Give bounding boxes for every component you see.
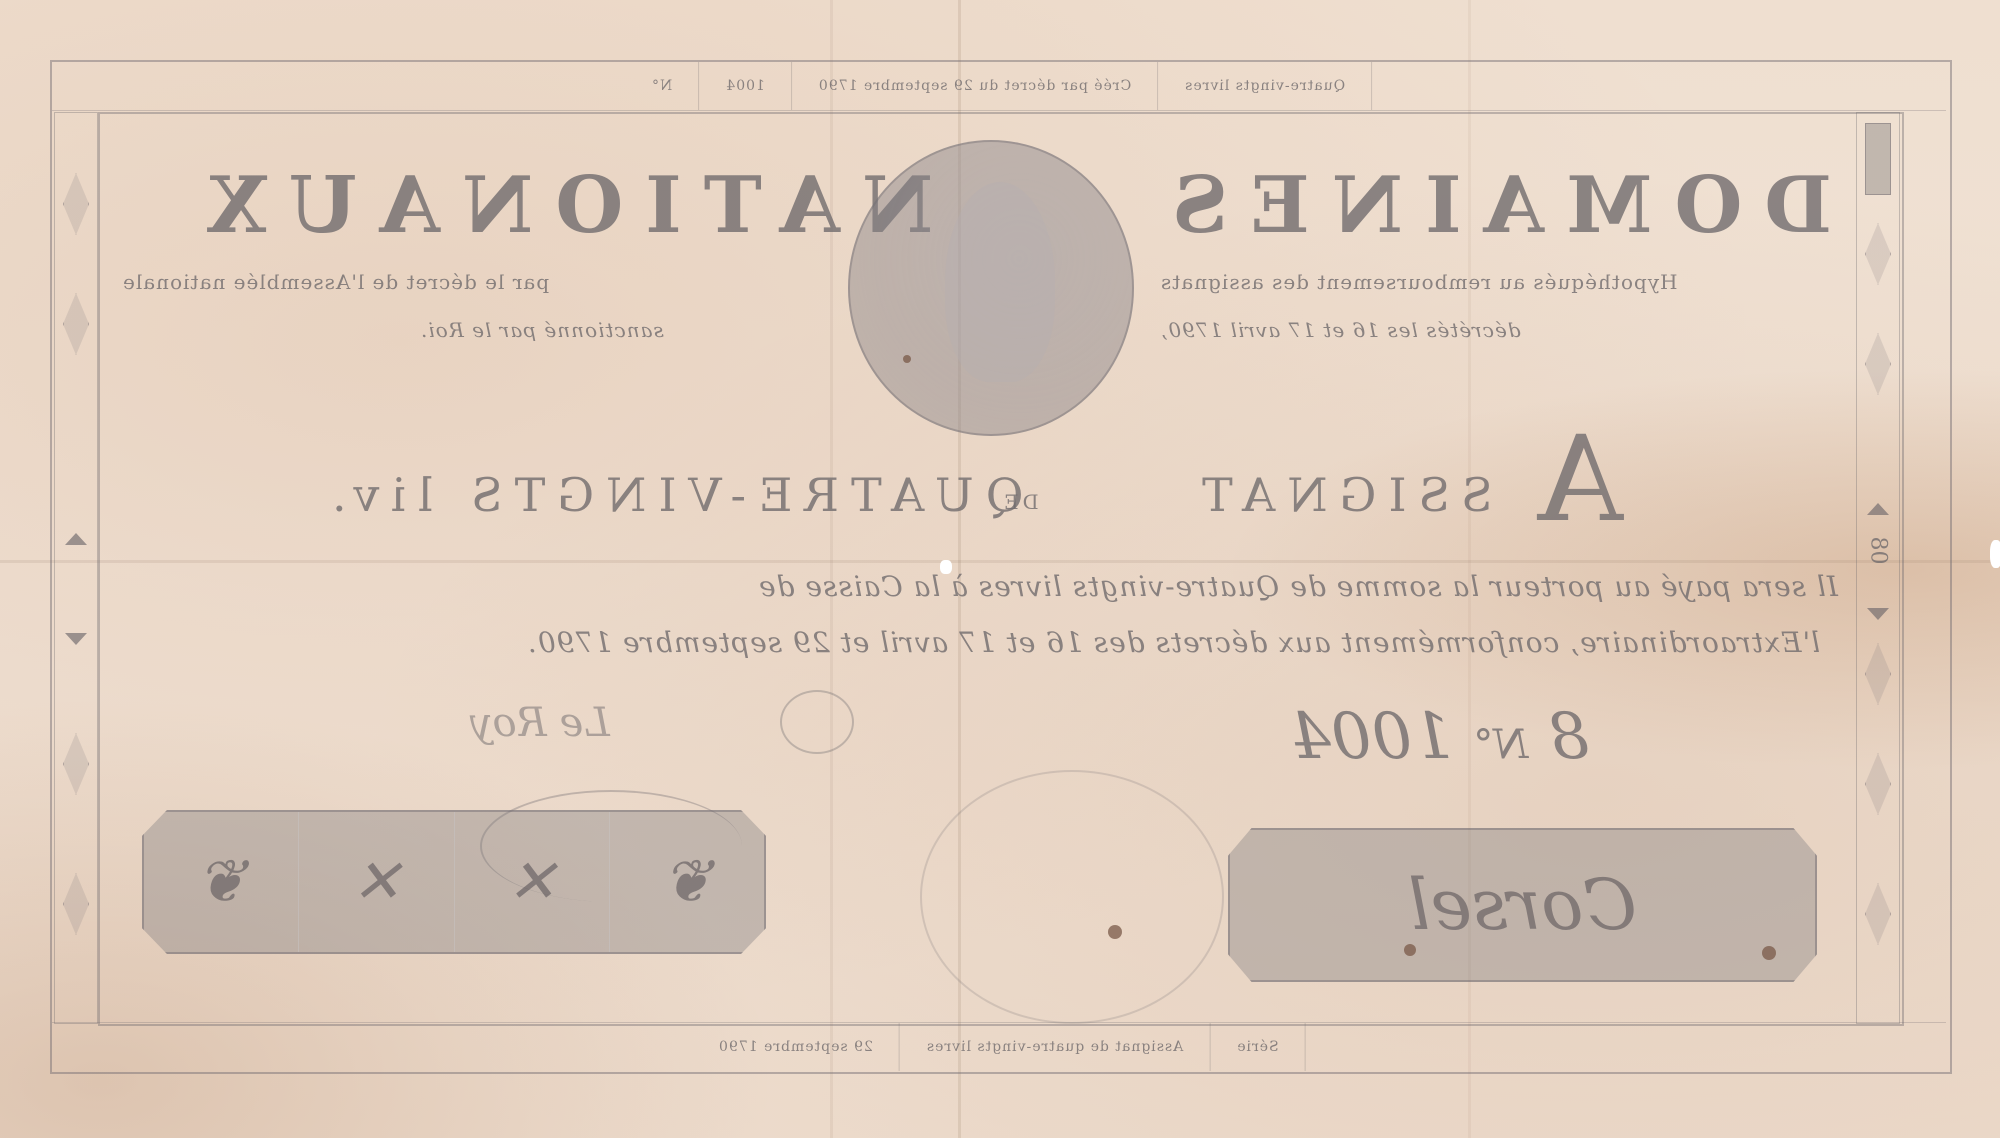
- triangle-down-icon: [1867, 608, 1889, 620]
- signature: Le Roy: [470, 700, 610, 746]
- triangle-ornament-icon: [65, 533, 87, 545]
- side-denomination: 80: [1866, 536, 1891, 566]
- assignat-initial: A: [1538, 410, 1623, 548]
- cartouche-panel: ✕: [299, 812, 454, 952]
- portrait-bust-icon: [945, 182, 1055, 382]
- title-nationaux: NATIONAUX: [185, 160, 933, 251]
- diamond-ornament-icon: [63, 733, 89, 795]
- stain-spot: [1108, 925, 1122, 939]
- subtitle-right-line1: par le décret de l'Assemblée nationale: [122, 270, 549, 294]
- bottom-band: Série Assignat de quatre-vingts livres 2…: [52, 1022, 1946, 1071]
- stamp-mark: [780, 690, 854, 754]
- top-band-segment: 1004: [700, 62, 793, 110]
- right-ornament-strip: 80: [1856, 112, 1900, 1024]
- triangle-up-icon: [1867, 503, 1889, 515]
- left-ornament-strip: [54, 112, 98, 1024]
- top-band-segment: Quatre-vingts livres: [1159, 62, 1373, 110]
- ornament-block-icon: [1865, 123, 1891, 195]
- diamond-ornament-icon: [1865, 643, 1891, 705]
- right-cartouche: Corsel: [1228, 828, 1817, 982]
- top-band-segment: N°: [625, 62, 699, 110]
- diamond-ornament-icon: [1865, 753, 1891, 815]
- paper-edge-tear: [1990, 540, 2000, 568]
- bottom-band-segment: 29 septembre 1790: [692, 1023, 900, 1071]
- subtitle-left-line2: décrétés les 16 et 17 avril 1790,: [1160, 318, 1521, 342]
- subtitle-left-line1: Hypothéqués au remboursement des assigna…: [1160, 270, 1677, 294]
- diamond-ornament-icon: [63, 293, 89, 355]
- diamond-ornament-icon: [63, 173, 89, 235]
- denomination-amount: QUATRE-VINGTS liv.: [320, 468, 1024, 522]
- cartouche-panel: ❦: [610, 812, 764, 952]
- assignat-word: SSIGNAT: [1190, 468, 1493, 522]
- stain-spot: [1404, 944, 1416, 956]
- body-text-line1: Il sera payé au porteur la somme de Quat…: [138, 570, 1838, 603]
- bottom-band-segment: Assignat de quatre-vingts livres: [900, 1023, 1210, 1071]
- diamond-ornament-icon: [63, 873, 89, 935]
- left-cartouche: ❦ ✕ ✕ ❦: [142, 810, 766, 954]
- diamond-ornament-icon: [1865, 223, 1891, 285]
- bottom-band-segment: Série: [1210, 1023, 1305, 1071]
- subtitle-right-line2: sanctionné par le Roi.: [420, 318, 664, 342]
- king-portrait-medallion: [848, 140, 1134, 436]
- triangle-ornament-icon: [65, 633, 87, 645]
- cartouche-panel: ✕: [455, 812, 610, 952]
- diamond-ornament-icon: [1865, 333, 1891, 395]
- title-domaines: DOMAINES: [1150, 160, 1832, 251]
- diamond-ornament-icon: [1865, 883, 1891, 945]
- paper-hole: [940, 560, 952, 574]
- cartouche-panel: ❦: [144, 812, 299, 952]
- stain-spot: [1762, 946, 1776, 960]
- top-band-segment: Créé par décret du 29 septembre 1790: [792, 62, 1158, 110]
- dry-seal-embossing: [920, 770, 1224, 1024]
- stain-spot: [903, 355, 911, 363]
- top-band: N° 1004 Créé par décret du 29 septembre …: [52, 62, 1946, 111]
- body-text-line2: l'Extraordinaire, conformément aux décre…: [300, 626, 1820, 659]
- serial-number: 8 N° 1004: [1290, 700, 1589, 774]
